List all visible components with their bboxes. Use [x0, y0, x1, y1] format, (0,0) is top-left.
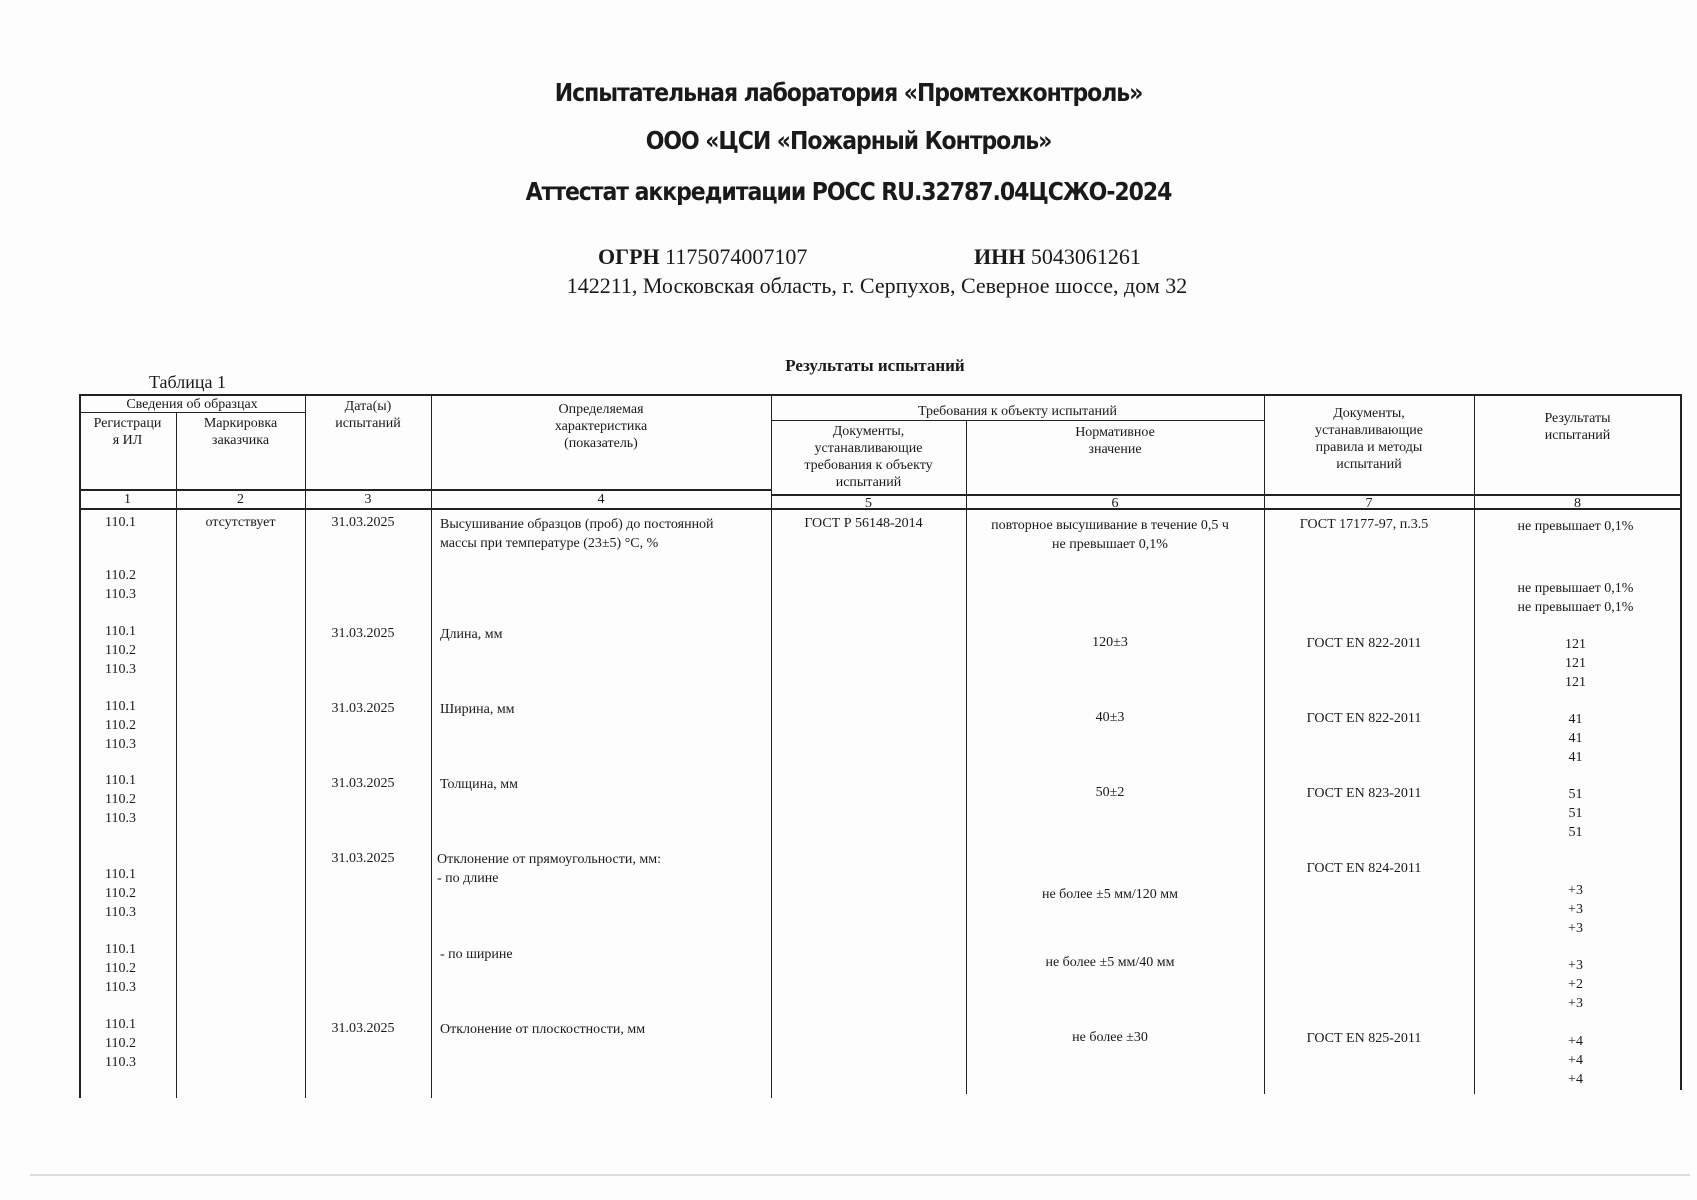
- norm-value: не более ±5 мм/120 мм: [966, 885, 1254, 904]
- test-result: +2: [1474, 976, 1677, 993]
- test-method: ГОСТ 17177-97, п.3.5: [1264, 516, 1464, 533]
- address: 142211, Московская область, г. Серпухов,…: [0, 273, 1697, 299]
- characteristic: Толщина, мм: [440, 775, 770, 794]
- test-result: 121: [1474, 655, 1677, 672]
- sample-id: 110.3: [79, 904, 162, 921]
- column-number-2: 2: [176, 491, 305, 508]
- sample-id: 110.2: [79, 717, 162, 734]
- characteristic: Отклонение от плоскостности, мм: [440, 1020, 770, 1039]
- column-number-8: 8: [1474, 495, 1681, 512]
- sample-id: 110.1: [79, 514, 162, 531]
- sample-id: 110.2: [79, 791, 162, 808]
- norm-value: повторное высушивание в течение 0,5 чне …: [966, 516, 1254, 554]
- test-date: 31.03.2025: [305, 514, 421, 531]
- sample-id: 110.3: [79, 661, 162, 678]
- sample-id: 110.3: [79, 586, 162, 603]
- ogrn-label: ОГРН: [598, 244, 660, 269]
- test-result: 51: [1474, 824, 1677, 841]
- header-characteristic: Определяемаяхарактеристика(показатель): [431, 401, 771, 452]
- header-results: Результатыиспытаний: [1474, 410, 1681, 444]
- norm-value: не более ±30: [966, 1028, 1254, 1047]
- norm-value: 120±3: [966, 633, 1254, 652]
- test-result: 121: [1474, 636, 1677, 653]
- characteristic: - по ширине: [440, 945, 770, 964]
- characteristic: Ширина, мм: [440, 700, 770, 719]
- test-result: 121: [1474, 674, 1677, 691]
- test-result: +3: [1474, 882, 1677, 899]
- test-result: 41: [1474, 711, 1677, 728]
- ogrn-value: 1175074007107: [665, 244, 807, 269]
- sample-id: 110.1: [79, 623, 162, 640]
- test-method: ГОСТ EN 822-2011: [1264, 710, 1464, 727]
- sample-id: 110.1: [79, 941, 162, 958]
- column-number-1: 1: [79, 491, 176, 508]
- norm-value: 40±3: [966, 708, 1254, 727]
- header-marking: Маркировказаказчика: [176, 415, 305, 449]
- test-result: 41: [1474, 749, 1677, 766]
- accreditation: Аттестат аккредитации РОСС RU.32787.04ЦС…: [102, 177, 1595, 206]
- page-bottom-edge: [30, 1174, 1690, 1176]
- test-result: +3: [1474, 995, 1677, 1012]
- test-result: не превышает 0,1%: [1474, 518, 1677, 535]
- header-requirements-group: Требования к объекту испытаний: [771, 403, 1264, 420]
- table-label: Таблица 1: [149, 372, 226, 393]
- test-result: +3: [1474, 920, 1677, 937]
- test-method: ГОСТ EN 823-2011: [1264, 785, 1464, 802]
- test-result: 41: [1474, 730, 1677, 747]
- sample-id: 110.3: [79, 810, 162, 827]
- test-result: не превышает 0,1%: [1474, 599, 1677, 616]
- sample-id: 110.3: [79, 979, 162, 996]
- test-result: +3: [1474, 901, 1677, 918]
- header-date: Дата(ы)испытаний: [305, 398, 431, 432]
- test-date: 31.03.2025: [305, 700, 421, 717]
- sample-id: 110.1: [79, 698, 162, 715]
- ogrn: ОГРН 1175074007107: [598, 244, 807, 270]
- characteristic: Отклонение от прямоугольности, мм:- по д…: [437, 850, 767, 888]
- characteristic: Высушивание образцов (проб) до постоянно…: [440, 515, 770, 553]
- test-method: ГОСТ EN 822-2011: [1264, 635, 1464, 652]
- header-req-documents: Документы,устанавливающиетребования к об…: [771, 423, 966, 491]
- sample-id: 110.1: [79, 1016, 162, 1033]
- lab-name: Испытательная лаборатория «Промтехконтро…: [102, 78, 1595, 107]
- norm-value: 50±2: [966, 783, 1254, 802]
- test-date: 31.03.2025: [305, 1020, 421, 1037]
- table-top-border: [79, 394, 1681, 396]
- test-result: +4: [1474, 1071, 1677, 1088]
- test-result: 51: [1474, 786, 1677, 803]
- test-date: 31.03.2025: [305, 850, 421, 867]
- header-registration: Регистрация ИЛ: [79, 415, 176, 449]
- test-result: 51: [1474, 805, 1677, 822]
- norm-value: не более ±5 мм/40 мм: [966, 953, 1254, 972]
- column-number-3: 3: [305, 491, 431, 508]
- test-date: 31.03.2025: [305, 775, 421, 792]
- requirements-group-rule: [771, 420, 1264, 421]
- company-name: ООО «ЦСИ «Пожарный Контроль»: [102, 126, 1595, 155]
- test-date: 31.03.2025: [305, 625, 421, 642]
- sample-id: 110.3: [79, 1054, 162, 1071]
- sample-id: 110.2: [79, 960, 162, 977]
- test-result: +3: [1474, 957, 1677, 974]
- header-method-documents: Документы,устанавливающиеправила и метод…: [1264, 405, 1474, 473]
- column-number-6: 6: [966, 495, 1264, 512]
- header-samples-group: Сведения об образцах: [79, 396, 305, 413]
- customer-marking: отсутствует: [176, 514, 305, 531]
- column-number-5: 5: [771, 495, 966, 512]
- test-method: ГОСТ EN 825-2011: [1264, 1030, 1464, 1047]
- section-title: Результаты испытаний: [0, 356, 1697, 376]
- inn-value: 5043061261: [1031, 244, 1141, 269]
- test-result: не превышает 0,1%: [1474, 580, 1677, 597]
- sample-id: 110.1: [79, 772, 162, 789]
- inn-label: ИНН: [974, 244, 1025, 269]
- column-number-7: 7: [1264, 495, 1474, 512]
- column-number-4: 4: [431, 491, 771, 508]
- sample-id: 110.2: [79, 885, 162, 902]
- test-method: ГОСТ EN 824-2011: [1264, 860, 1464, 877]
- inn: ИНН 5043061261: [974, 244, 1141, 270]
- sample-id: 110.2: [79, 642, 162, 659]
- test-result: +4: [1474, 1052, 1677, 1069]
- characteristic: Длина, мм: [440, 625, 770, 644]
- test-result: +4: [1474, 1033, 1677, 1050]
- requirement-document: ГОСТ Р 56148-2014: [771, 515, 956, 532]
- sample-id: 110.1: [79, 866, 162, 883]
- header-norm-value: Нормативноезначение: [966, 424, 1264, 458]
- sample-id: 110.3: [79, 736, 162, 753]
- sample-id: 110.2: [79, 567, 162, 584]
- sample-id: 110.2: [79, 1035, 162, 1052]
